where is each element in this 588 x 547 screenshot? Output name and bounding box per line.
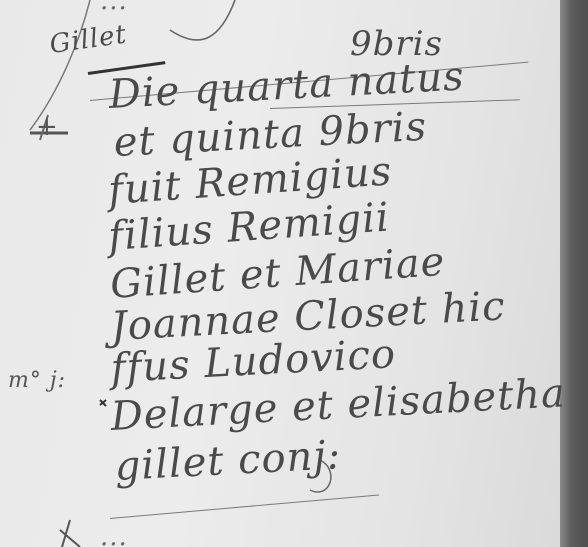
marginal-note: m° j: [8, 368, 66, 393]
margin-top-fragment: ... [100, 0, 128, 16]
binding-shadow [560, 0, 588, 547]
bottom-fragment: ... [100, 522, 128, 547]
margin-cross: + [36, 112, 59, 142]
